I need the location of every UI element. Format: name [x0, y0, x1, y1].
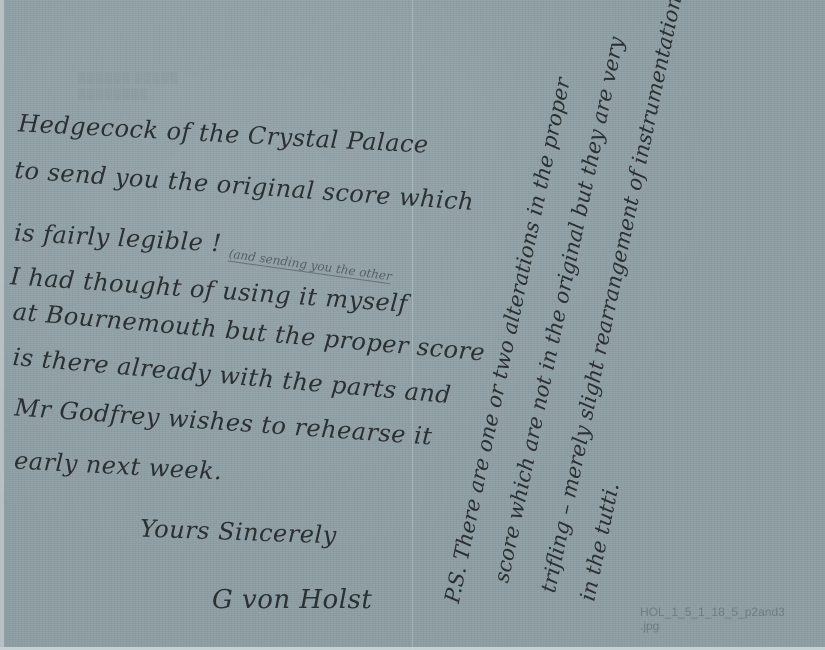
file-label-line-2: .jpg — [640, 619, 785, 633]
letterhead-line-1: ▒▒▒▒▒▒ ▒▒▒▒▒ — [78, 70, 178, 86]
file-label: HOL_1_5_1_18_5_p2and3 .jpg — [640, 605, 785, 633]
fold-line — [412, 0, 413, 650]
paper-edge-left — [0, 0, 4, 650]
body-line-1: Hedgecock of the Crystal Palace — [18, 109, 430, 158]
closing: Yours Sincerely — [140, 515, 338, 550]
body-line-2: to send you the original score which — [14, 156, 475, 216]
letter-page: ▒▒▒▒▒▒ ▒▒▒▒▒ ▒▒▒▒▒▒▒▒ Hedgecock of the C… — [0, 0, 825, 650]
embossed-letterhead: ▒▒▒▒▒▒ ▒▒▒▒▒ ▒▒▒▒▒▒▒▒ — [78, 70, 178, 102]
letterhead-line-2: ▒▒▒▒▒▒▒▒ — [78, 86, 178, 102]
body-line-8: early next week. — [13, 447, 223, 486]
file-label-line-1: HOL_1_5_1_18_5_p2and3 — [640, 605, 785, 619]
signature: G von Holst — [212, 585, 372, 615]
body-line-3-text: is fairly legible ! — [13, 219, 222, 258]
postscript: P.S. There are one or two alterations in… — [440, 0, 765, 642]
body-line-3: is fairly legible ! — [13, 219, 222, 258]
postscript-line-4: in the tutti. — [575, 481, 623, 604]
